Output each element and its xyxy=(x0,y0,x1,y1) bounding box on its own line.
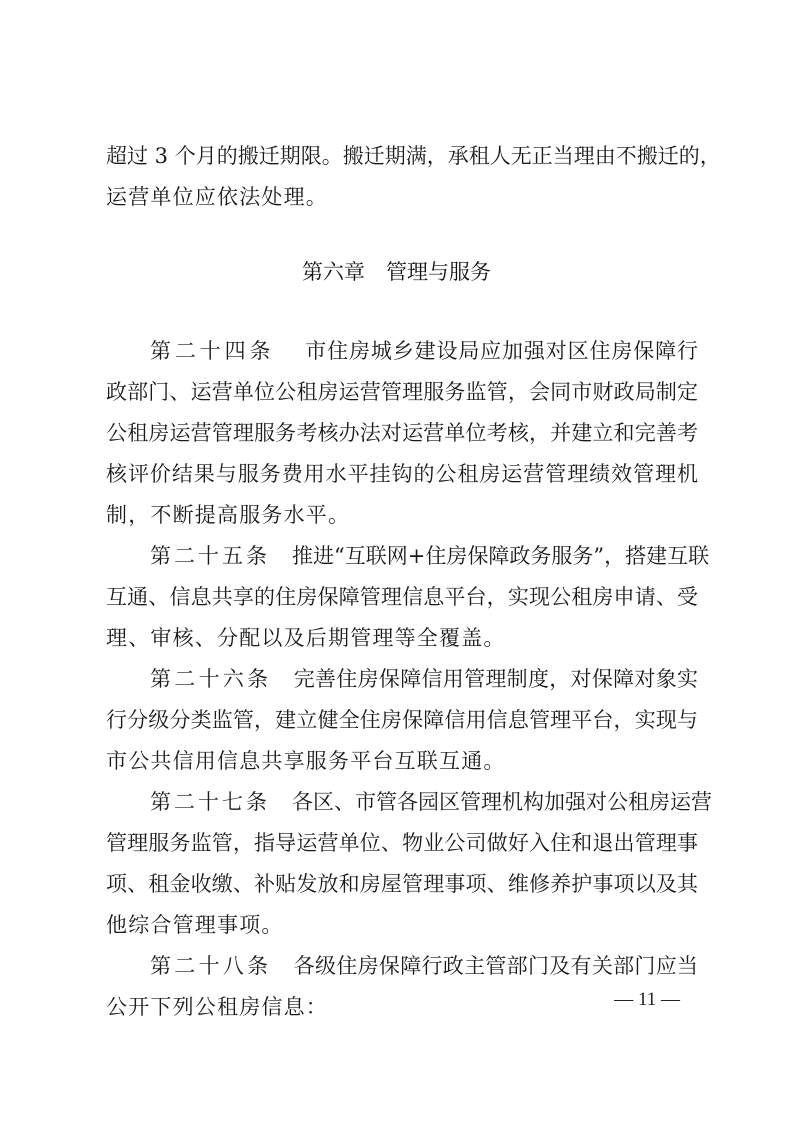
article-text: 推进“互联网+住房保障政务服务”，搭建互联 xyxy=(292,544,709,568)
paragraph-line: 市公共信用信息共享服务平台互联互通。 xyxy=(106,746,698,776)
paragraph-line: 他综合管理事项。 xyxy=(106,910,698,940)
paragraph-line: 管理服务监管，指导运营单位、物业公司做好入住和退出管理事 xyxy=(106,828,698,858)
paragraph-line: 核评价结果与服务费用水平挂钩的公租房运营管理绩效管理机 xyxy=(106,459,698,489)
paragraph-line: 政部门、运营单位公租房运营管理服务监管，会同市财政局制定 xyxy=(106,377,698,407)
article-number: 第二十八条 xyxy=(150,954,271,978)
article-25-first-line: 第二十五条推进“互联网+住房保障政务服务”，搭建互联 xyxy=(150,541,698,571)
article-27-first-line: 第二十七条各区、市管各园区管理机构加强对公租房运营 xyxy=(150,787,698,817)
document-page: 超过 3 个月的搬迁期限。搬迁期满，承租人无正当理由不搬迁的， 运营单位应依法处… xyxy=(0,0,793,1122)
article-number: 第二十六条 xyxy=(150,667,271,691)
article-text: 完善住房保障信用管理制度，对保障对象实 xyxy=(293,667,698,691)
paragraph-line: 行分级分类监管，建立健全住房保障信用信息管理平台，实现与 xyxy=(106,705,698,735)
paragraph-line: 制，不断提高服务水平。 xyxy=(106,500,698,530)
article-text: 市住房城乡建设局应加强对区住房保障行 xyxy=(304,339,698,363)
article-number: 第二十五条 xyxy=(150,544,270,568)
article-number: 第二十七条 xyxy=(150,790,270,814)
paragraph-line: 项、租金收缴、补贴发放和房屋管理事项、维修养护事项以及其 xyxy=(106,869,698,899)
page-number: — 11 — xyxy=(600,988,680,1012)
chapter-title: 第六章 管理与服务 xyxy=(0,257,793,287)
paragraph-line: 互通、信息共享的住房保障管理信息平台，实现公租房申请、受 xyxy=(106,582,698,612)
paragraph-line: 运营单位应依法处理。 xyxy=(106,182,698,212)
paragraph-line: 公租房运营管理服务考核办法对运营单位考核，并建立和完善考 xyxy=(106,418,698,448)
article-number: 第二十四条 xyxy=(150,339,274,363)
paragraph-line: 理、审核、分配以及后期管理等全覆盖。 xyxy=(106,623,698,653)
paragraph-line: 超过 3 个月的搬迁期限。搬迁期满，承租人无正当理由不搬迁的， xyxy=(106,141,698,171)
article-text: 各区、市管各园区管理机构加强对公租房运营 xyxy=(292,790,712,814)
article-24-first-line: 第二十四条市住房城乡建设局应加强对区住房保障行 xyxy=(150,336,698,366)
article-26-first-line: 第二十六条完善住房保障信用管理制度，对保障对象实 xyxy=(150,664,698,694)
article-28-first-line: 第二十八条各级住房保障行政主管部门及有关部门应当 xyxy=(150,951,698,981)
article-text: 各级住房保障行政主管部门及有关部门应当 xyxy=(293,954,698,978)
